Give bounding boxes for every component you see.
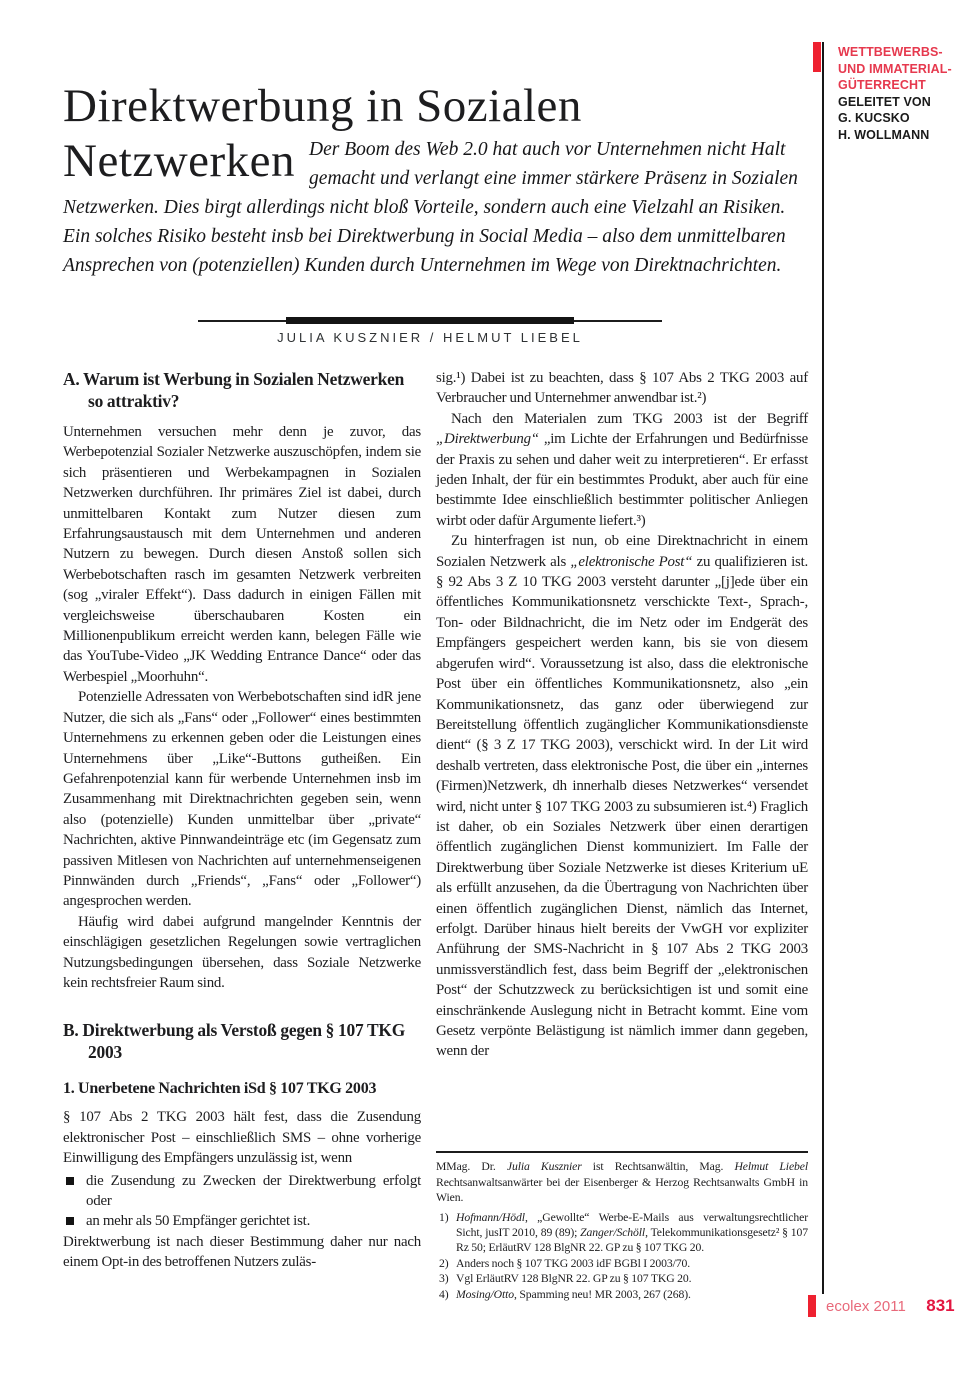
footnote-item: 3) Vgl ErläutRV 128 BlgNR 22. GP zu § 10… — [436, 1271, 808, 1286]
journal-name: ecolex 2011 — [826, 1298, 906, 1315]
bullet-item: die Zusendung zu Zwecken der Direktwerbu… — [63, 1171, 421, 1212]
footnote-item: 4) Mosing/Otto, Spamming neu! MR 2003, 2… — [436, 1287, 808, 1302]
section-heading-b: B. Direktwerbung als Verstoß gegen § 107… — [63, 1019, 421, 1063]
section-masthead: WETTBEWERBS- UND IMMATERIAL- GÜTERRECHT … — [838, 44, 956, 143]
right-column: sig.¹) Dabei ist zu beachten, dass § 107… — [436, 368, 808, 1302]
journal-page: WETTBEWERBS- UND IMMATERIAL- GÜTERRECHT … — [0, 0, 960, 1377]
article-header: Direktwerbung in Sozialen Netzwerken Der… — [63, 80, 810, 280]
authors-bar — [286, 317, 574, 324]
authors-block: JULIA KUSZNIER / HELMUT LIEBEL — [198, 298, 662, 345]
footnote-text: Mosing/Otto, Spamming neu! MR 2003, 267 … — [456, 1287, 808, 1302]
left-column: A. Warum ist Werbung in Sozialen Netzwer… — [63, 368, 421, 1273]
footnote-text: Vgl ErläutRV 128 BlgNR 22. GP zu § 107 T… — [456, 1271, 808, 1286]
paragraph-6: sig.¹) Dabei ist zu beachten, dass § 107… — [436, 368, 808, 409]
bullet-text: an mehr als 50 Empfänger gerichtet ist. — [86, 1213, 310, 1229]
edited-by-label: GELEITET VON — [838, 94, 956, 111]
vertical-rule — [822, 42, 824, 1294]
editor-name: H. WOLLMANN — [838, 127, 956, 144]
bullet-square-icon — [66, 1217, 74, 1225]
footnote-number: 2) — [436, 1256, 456, 1271]
paragraph-3: Häufig wird dabei aufgrund mangelnder Ke… — [63, 912, 421, 994]
paragraph-5: Direktwerbung ist nach dieser Bestimmung… — [63, 1232, 421, 1273]
paragraph-7: Nach den Materialen zum TKG 2003 ist der… — [436, 409, 808, 531]
page-number: 831 — [926, 1296, 954, 1315]
editor-name: G. KUCSKO — [838, 110, 956, 127]
abstract-wrap: Netzwerken Der Boom des Web 2.0 hat auch… — [63, 135, 810, 280]
paragraph-1: Unternehmen versuchen mehr denn je zuvor… — [63, 422, 421, 687]
footnote-number: 3) — [436, 1271, 456, 1286]
section-label-line: WETTBEWERBS- — [838, 44, 956, 61]
authors-names: JULIA KUSZNIER / HELMUT LIEBEL — [198, 330, 662, 345]
footnote-item: 1) Hofmann/Hödl, „Gewollte“ Werbe-E-Mail… — [436, 1210, 808, 1256]
footer-tag-marker-icon — [808, 1295, 816, 1317]
paragraph-8: Zu hinterfragen ist nun, ob eine Direktn… — [436, 531, 808, 1062]
section-label-line: GÜTERRECHT — [838, 77, 956, 94]
footnote-number: 4) — [436, 1287, 456, 1302]
bullet-item: an mehr als 50 Empfänger gerichtet ist. — [63, 1211, 421, 1231]
footer-text: ecolex 2011 831 — [826, 1296, 955, 1316]
article-title-line2: Netzwerken — [63, 135, 295, 187]
bullet-list: die Zusendung zu Zwecken der Direktwerbu… — [63, 1171, 421, 1232]
author-note: MMag. Dr. Julia Kusznier ist Rechtsanwäl… — [436, 1159, 808, 1205]
authors-rule — [198, 298, 662, 322]
bullet-text: die Zusendung zu Zwecken der Direktwerbu… — [86, 1173, 421, 1209]
section-heading-a: A. Warum ist Werbung in Sozialen Netzwer… — [63, 368, 421, 412]
section-label-line: UND IMMATERIAL- — [838, 61, 956, 78]
footnote-block: MMag. Dr. Julia Kusznier ist Rechtsanwäl… — [436, 1151, 808, 1302]
subsection-heading-b1: 1. Unerbetene Nachrichten iSd § 107 TKG … — [63, 1078, 421, 1099]
article-title-line1: Direktwerbung in Sozialen — [63, 80, 810, 133]
section-tag-marker-icon — [813, 42, 821, 72]
footnote-text: Hofmann/Hödl, „Gewollte“ Werbe-E-Mails a… — [456, 1210, 808, 1256]
footnote-text: Anders noch § 107 TKG 2003 idF BGBl I 20… — [456, 1256, 808, 1271]
paragraph-4: § 107 Abs 2 TKG 2003 hält fest, dass die… — [63, 1107, 421, 1168]
footnote-item: 2) Anders noch § 107 TKG 2003 idF BGBl I… — [436, 1256, 808, 1271]
journal-footer: ecolex 2011 831 — [808, 1293, 958, 1323]
paragraph-2: Potenzielle Adressaten von Werbebotschaf… — [63, 687, 421, 911]
bullet-square-icon — [66, 1177, 74, 1185]
footnote-number: 1) — [436, 1210, 456, 1256]
